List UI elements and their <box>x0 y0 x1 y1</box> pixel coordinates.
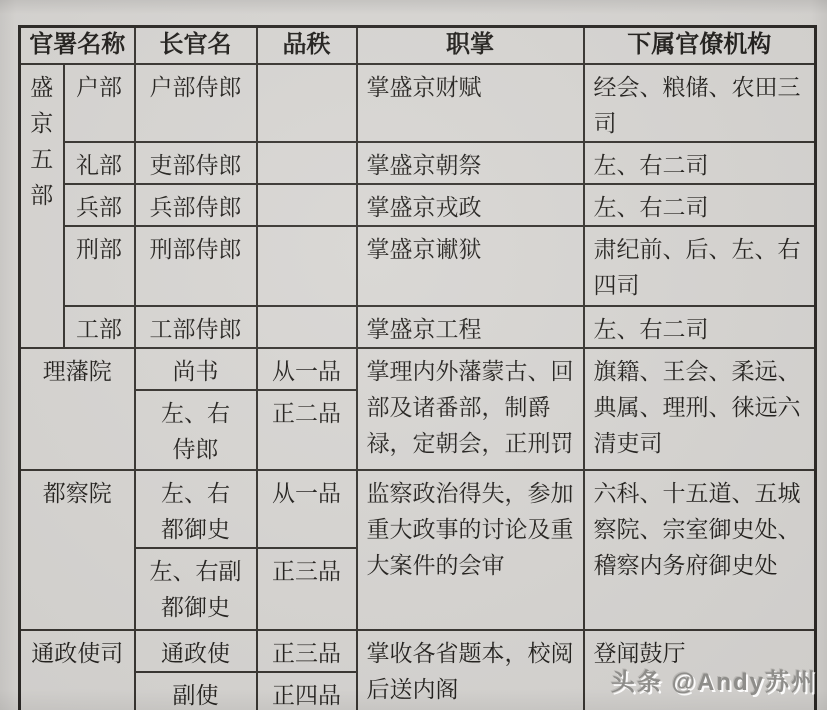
cell-duty: 掌收各省题本，校阅 后送内阁 <box>357 630 584 710</box>
cell-section-duchayuan: 都察院 <box>20 470 135 630</box>
cell-rank: 正四品 <box>257 672 357 710</box>
watermark-toutiao: 头条 @Andy苏州 <box>611 662 817 697</box>
col-header-subordinates: 下属官僚机构 <box>584 27 816 64</box>
table-row: 盛 京 五 部 户部 户部侍郎 掌盛京财赋 经会、粮储、农田三 司 <box>20 64 816 142</box>
cell-chief: 户部侍郎 <box>135 64 257 142</box>
cell-rank <box>257 184 357 226</box>
cell-section-shengjing-five-boards: 盛 京 五 部 <box>20 64 64 348</box>
cell-duty: 掌盛京戎政 <box>357 184 584 226</box>
cell-subordinates: 肃纪前、后、左、右 四司 <box>584 226 816 306</box>
cell-duty: 掌盛京工程 <box>357 306 584 348</box>
cell-subordinates: 六科、十五道、五城 察院、宗室御史处、 稽察内务府御史处 <box>584 470 816 630</box>
cell-chief: 吏部侍郎 <box>135 142 257 184</box>
cell-rank: 正三品 <box>257 548 357 630</box>
cell-rank: 正三品 <box>257 630 357 672</box>
cell-rank <box>257 306 357 348</box>
cell-rank: 正二品 <box>257 390 357 470</box>
table-row: 都察院 左、右 都御史 从一品 监察政治得失，参加 重大政事的讨论及重 大案件的… <box>20 470 816 548</box>
col-header-chief-name: 长官名 <box>135 27 257 64</box>
table-row: 刑部 刑部侍郎 掌盛京谳狱 肃纪前、后、左、右 四司 <box>20 226 816 306</box>
cell-subordinates: 左、右二司 <box>584 306 816 348</box>
cell-duty: 掌盛京朝祭 <box>357 142 584 184</box>
cell-rank <box>257 64 357 142</box>
table-row: 礼部 吏部侍郎 掌盛京朝祭 左、右二司 <box>20 142 816 184</box>
cell-dept: 兵部 <box>64 184 135 226</box>
cell-rank: 从一品 <box>257 348 357 390</box>
cell-chief: 通政使 <box>135 630 257 672</box>
document-page: 官署名称 长官名 品秩 职掌 下属官僚机构 盛 京 五 部 户部 户部侍郎 掌盛… <box>0 0 827 710</box>
cell-section-tongzhengshisi: 通政使司 <box>20 630 135 710</box>
table-row: 兵部 兵部侍郎 掌盛京戎政 左、右二司 <box>20 184 816 226</box>
cell-rank <box>257 226 357 306</box>
cell-dept: 礼部 <box>64 142 135 184</box>
cell-chief: 左、右副 都御史 <box>135 548 257 630</box>
cell-rank: 从一品 <box>257 470 357 548</box>
cell-subordinates: 旗籍、王会、柔远、 典属、理刑、徕远六 清吏司 <box>584 348 816 470</box>
cell-duty: 监察政治得失，参加 重大政事的讨论及重 大案件的会审 <box>357 470 584 630</box>
cell-chief: 尚书 <box>135 348 257 390</box>
col-header-duties: 职掌 <box>357 27 584 64</box>
cell-subordinates: 左、右二司 <box>584 142 816 184</box>
cell-section-lifanyuan: 理藩院 <box>20 348 135 470</box>
header-row: 官署名称 长官名 品秩 职掌 下属官僚机构 <box>20 27 816 64</box>
cell-chief: 左、右 侍郎 <box>135 390 257 470</box>
cell-dept: 户部 <box>64 64 135 142</box>
table-row: 理藩院 尚书 从一品 掌理内外藩蒙古、回 部及诸番部，制爵 禄，定朝会，正刑罚 … <box>20 348 816 390</box>
cell-rank <box>257 142 357 184</box>
cell-chief: 兵部侍郎 <box>135 184 257 226</box>
cell-chief: 副使 <box>135 672 257 710</box>
cell-subordinates: 经会、粮储、农田三 司 <box>584 64 816 142</box>
cell-duty: 掌理内外藩蒙古、回 部及诸番部，制爵 禄，定朝会，正刑罚 <box>357 348 584 470</box>
cell-duty: 掌盛京谳狱 <box>357 226 584 306</box>
cell-dept: 工部 <box>64 306 135 348</box>
cell-subordinates: 左、右二司 <box>584 184 816 226</box>
cell-chief: 左、右 都御史 <box>135 470 257 548</box>
col-header-office-name: 官署名称 <box>20 27 135 64</box>
cell-chief: 刑部侍郎 <box>135 226 257 306</box>
col-header-rank: 品秩 <box>257 27 357 64</box>
table-row: 工部 工部侍郎 掌盛京工程 左、右二司 <box>20 306 816 348</box>
org-table: 官署名称 长官名 品秩 职掌 下属官僚机构 盛 京 五 部 户部 户部侍郎 掌盛… <box>18 25 817 710</box>
cell-duty: 掌盛京财赋 <box>357 64 584 142</box>
cell-chief: 工部侍郎 <box>135 306 257 348</box>
cell-dept: 刑部 <box>64 226 135 306</box>
